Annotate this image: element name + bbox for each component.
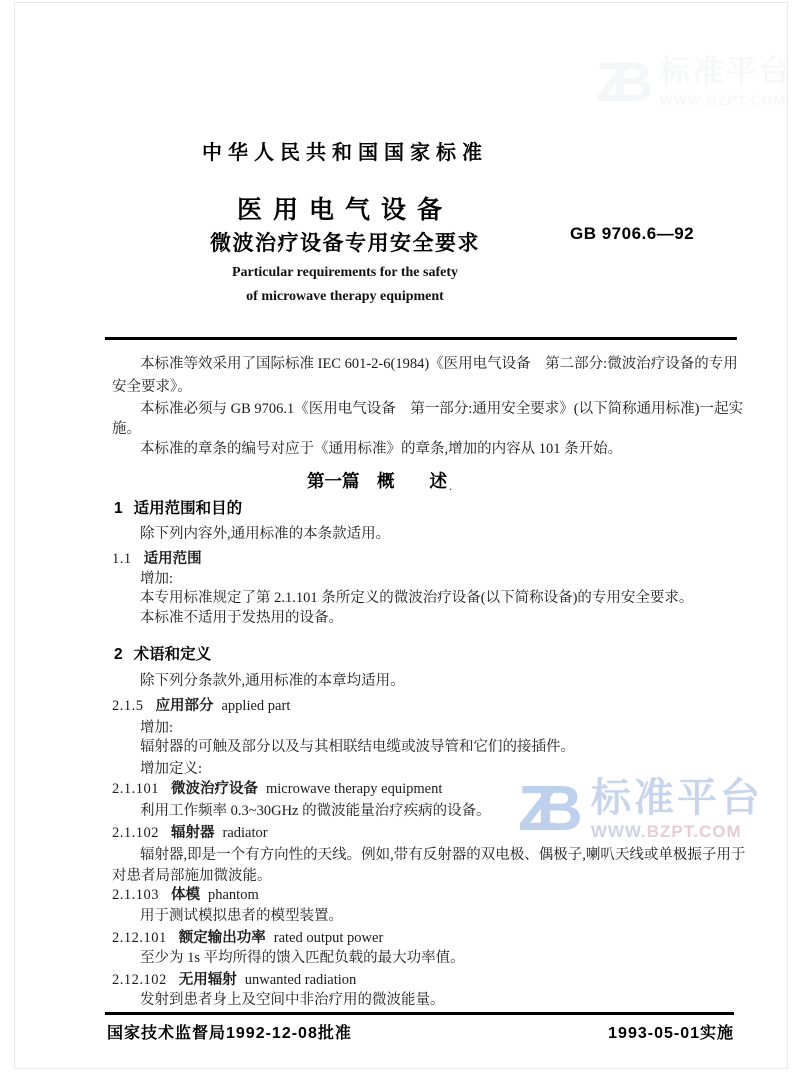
bzpt-logo-icon: ZB	[518, 776, 583, 840]
term-en: applied part	[222, 698, 291, 714]
watermark-site-url: WWW.BZPT.COM	[591, 822, 763, 842]
clause-number: 2.1.101	[112, 781, 159, 797]
logo-z: Z	[518, 776, 557, 840]
clause-number: 1.1	[112, 551, 132, 567]
document-title-en-line2: of microwave therapy equipment	[0, 289, 690, 305]
term-2-1-5-body2: 辐射器的可触及部分以及与其相联结电缆或波导管和它们的接插件。	[140, 735, 575, 756]
clause-1-1-body1: 增加:	[140, 567, 173, 588]
term-2-12-102-heading: 2.12.102无用辐射unwanted radiation	[112, 968, 356, 989]
term-zh: 无用辐射	[179, 972, 237, 988]
foreword-p1-line2: 安全要求》。	[112, 375, 192, 396]
clause-1-1-heading: 1.1适用范围	[112, 547, 210, 568]
term-en: unwanted radiation	[245, 972, 357, 988]
term-2-12-101-body1: 至少为 1s 平均所得的馈入匹配负载的最大功率值。	[140, 946, 465, 967]
term-2-1-101-body1: 利用工作频率 0.3~30GHz 的微波能量治疗疾病的设备。	[140, 799, 491, 820]
section-2-body: 除下列分条款外,通用标准的本章均适用。	[140, 669, 405, 690]
section-2-heading: 2术语和定义	[114, 642, 211, 664]
standard-document-page: ZB 标准平台 WWW.BZPT.COM ZB 标准平台 WWW.BZPT.CO…	[0, 0, 800, 1074]
clause-number: 2.1.5	[112, 698, 144, 714]
term-zh: 微波治疗设备	[171, 781, 258, 797]
logo-z: Z	[596, 54, 630, 110]
watermark-brand-text: 标准平台	[591, 778, 763, 818]
section-title: 术语和定义	[134, 646, 212, 663]
watermark-brand-text: 标准平台	[660, 56, 792, 87]
watermark-top-right: ZB 标准平台 WWW.BZPT.COM	[596, 54, 792, 110]
section-1-heading: 1适用范围和目的	[114, 496, 242, 518]
header-rule	[105, 337, 737, 340]
section-number: 2	[114, 646, 123, 663]
print-artifact-dot: .	[449, 478, 452, 494]
section-1-body: 除下列内容外,通用标准的本条款适用。	[140, 522, 390, 543]
watermark-site-url: WWW.BZPT.COM	[660, 92, 792, 108]
term-2-1-5-heading: 2.1.5应用部分applied part	[112, 694, 290, 715]
watermark-middle: ZB 标准平台 WWW.BZPT.COM	[518, 776, 763, 842]
term-en: microwave therapy equipment	[266, 781, 442, 797]
term-2-1-101-heading: 2.1.101微波治疗设备microwave therapy equipment	[112, 777, 442, 798]
term-zh: 体模	[171, 887, 200, 903]
foreword-p2-line1: 本标准必须与 GB 9706.1《医用电气设备 第一部分:通用安全要求》(以下简…	[140, 397, 743, 418]
clause-number: 2.12.101	[112, 930, 167, 946]
foreword-p1-line1: 本标准等效采用了国际标准 IEC 601-2-6(1984)《医用电气设备 第二…	[140, 352, 738, 373]
clause-number: 2.1.102	[112, 825, 159, 841]
section-number: 1	[114, 500, 123, 517]
site-suffix: BZPT.COM	[707, 92, 787, 108]
clause-1-1-body2: 本专用标准规定了第 2.1.101 条所定义的微波治疗设备(以下简称设备)的专用…	[140, 586, 693, 607]
term-2-1-102-body1: 辐射器,即是一个有方向性的天线。例如,带有反射器的双电极、偶极子,喇叭天线或单极…	[140, 843, 745, 864]
term-en: rated output power	[274, 930, 384, 946]
clause-number: 2.1.103	[112, 887, 159, 903]
foreword-p2-line2: 施。	[112, 417, 141, 438]
clause-title: 适用范围	[144, 551, 202, 567]
term-2-1-103-body1: 用于测试模拟患者的模型装置。	[140, 904, 343, 925]
term-zh: 应用部分	[156, 698, 214, 714]
term-en: radiator	[223, 825, 268, 841]
part-1-heading: 第一篇 概 述	[307, 468, 447, 493]
site-suffix: BZPT.COM	[647, 822, 742, 841]
term-2-1-102-heading: 2.1.102辐射器radiator	[112, 821, 268, 842]
bzpt-logo-icon: ZB	[596, 54, 653, 110]
document-title-zh-main: 医用电气设备	[0, 190, 690, 226]
term-2-12-101-heading: 2.12.101额定输出功率rated output power	[112, 926, 383, 947]
term-2-1-102-body2: 对患者局部施加微波能。	[112, 864, 272, 885]
clause-1-1-body3: 本标准不适用于发热用的设备。	[140, 606, 343, 627]
site-prefix: WWW.	[660, 92, 707, 108]
foreword-p3: 本标准的章条的编号对应于《通用标准》的章条,增加的内容从 101 条开始。	[140, 437, 622, 458]
logo-b: B	[537, 776, 583, 840]
implementation-date: 1993-05-01实施	[608, 1020, 734, 1043]
footer-rule	[105, 1012, 734, 1015]
site-prefix: WWW.	[591, 822, 647, 841]
term-2-1-5-body1: 增加:	[140, 716, 173, 737]
logo-b: B	[612, 54, 652, 110]
term-2-1-5-body3: 增加定义:	[140, 757, 202, 778]
standard-authority: 中华人民共和国国家标准	[0, 136, 690, 165]
term-2-1-103-heading: 2.1.103体模phantom	[112, 883, 259, 904]
section-title: 适用范围和目的	[134, 500, 243, 517]
clause-number: 2.12.102	[112, 972, 167, 988]
term-en: phantom	[208, 887, 259, 903]
approval-info: 国家技术监督局1992-12-08批准	[107, 1020, 352, 1043]
term-2-12-102-body1: 发射到患者身上及空间中非治疗用的微波能量。	[140, 988, 445, 1009]
document-title-en-line1: Particular requirements for the safety	[0, 265, 690, 281]
standard-number: GB 9706.6—92	[570, 224, 694, 244]
term-zh: 辐射器	[171, 825, 215, 841]
term-zh: 额定输出功率	[179, 930, 266, 946]
